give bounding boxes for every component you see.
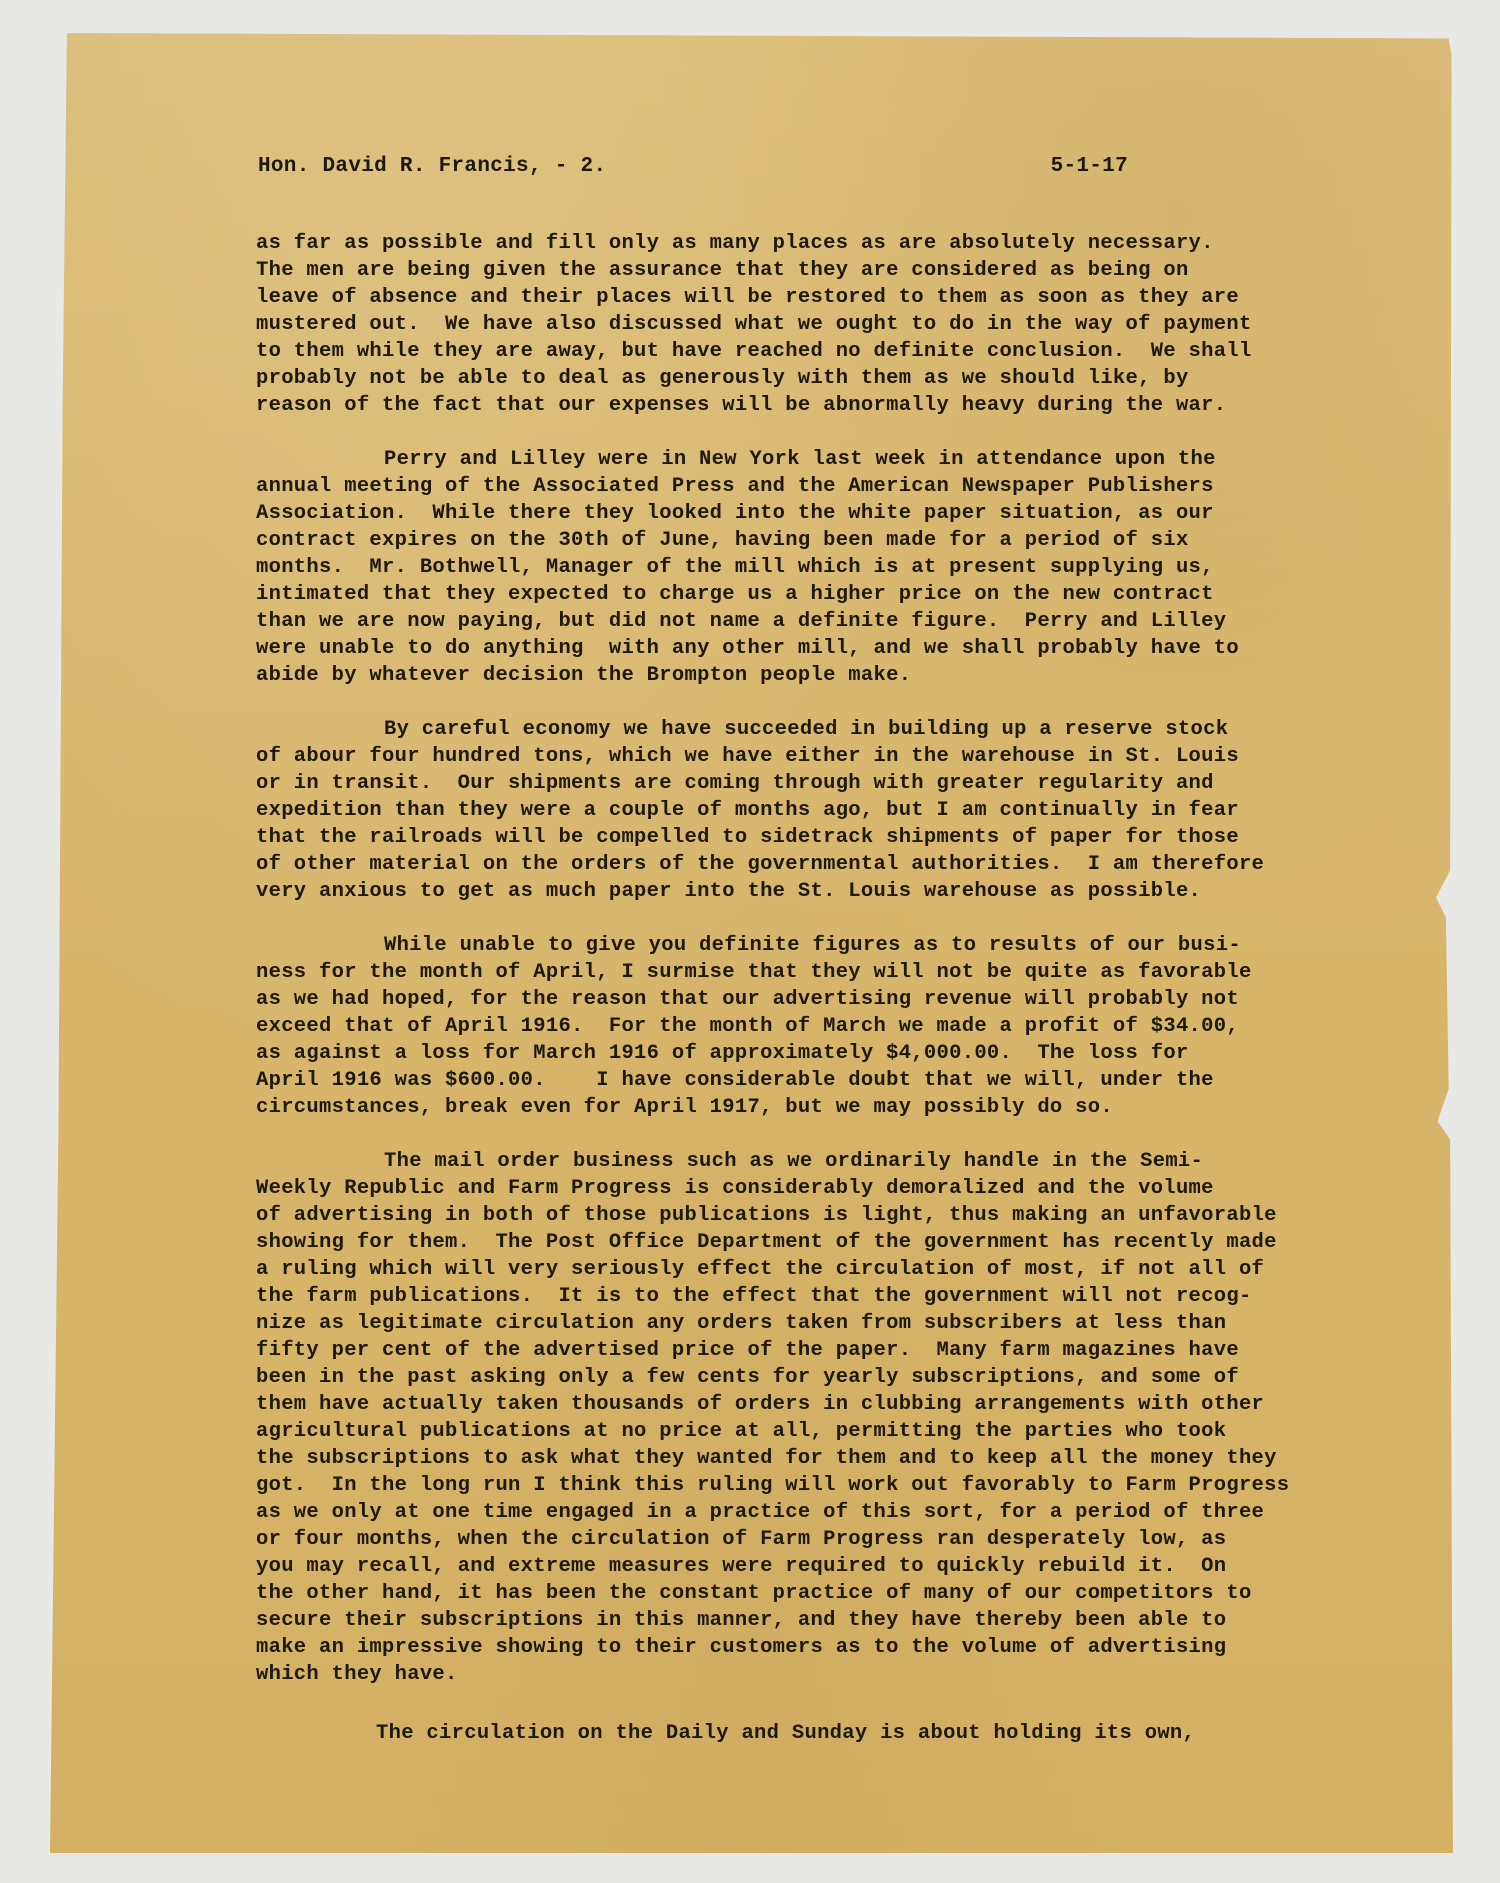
text-line: them have actually taken thousands of or… — [256, 1391, 1346, 1418]
paragraph-5: The mail order business such as we ordin… — [256, 1148, 1346, 1688]
text-line: that the railroads will be compelled to … — [256, 824, 1346, 851]
text-line: as against a loss for March 1916 of appr… — [256, 1040, 1346, 1067]
text-line: circumstances, break even for April 1917… — [256, 1094, 1346, 1121]
text-line: fifty per cent of the advertised price o… — [256, 1337, 1346, 1364]
text-line: annual meeting of the Associated Press a… — [256, 473, 1346, 500]
text-line: secure their subscriptions in this manne… — [256, 1607, 1346, 1634]
letter-body: as far as possible and fill only as many… — [256, 230, 1346, 1774]
text-line: got. In the long run I think this ruling… — [256, 1472, 1346, 1499]
paragraph-3: By careful economy we have succeeded in … — [256, 716, 1346, 905]
text-line: as we only at one time engaged in a prac… — [256, 1499, 1346, 1526]
letter-header: Hon. David R. Francis, - 2. 5-1-17 — [258, 155, 1128, 178]
text-line: The circulation on the Daily and Sunday … — [256, 1720, 1346, 1747]
text-line: While unable to give you definite figure… — [256, 932, 1346, 959]
paragraph-1: as far as possible and fill only as many… — [256, 230, 1346, 419]
letter-date: 5-1-17 — [1051, 155, 1128, 178]
text-line: contract expires on the 30th of June, ha… — [256, 527, 1346, 554]
text-line: were unable to do anything with any othe… — [256, 635, 1346, 662]
paragraph-6: The circulation on the Daily and Sunday … — [256, 1720, 1346, 1747]
text-line: intimated that they expected to charge u… — [256, 581, 1346, 608]
text-line: or four months, when the circulation of … — [256, 1526, 1346, 1553]
text-line: leave of absence and their places will b… — [256, 284, 1346, 311]
text-line: The men are being given the assurance th… — [256, 257, 1346, 284]
text-line: agricultural publications at no price at… — [256, 1418, 1346, 1445]
text-line: nize as legitimate circulation any order… — [256, 1310, 1346, 1337]
text-line: make an impressive showing to their cust… — [256, 1634, 1346, 1661]
text-line: The mail order business such as we ordin… — [256, 1148, 1346, 1175]
text-line: Perry and Lilley were in New York last w… — [256, 446, 1346, 473]
text-line: April 1916 was $600.00. I have considera… — [256, 1067, 1346, 1094]
text-line: mustered out. We have also discussed wha… — [256, 311, 1346, 338]
text-line: than we are now paying, but did not name… — [256, 608, 1346, 635]
text-line: the other hand, it has been the constant… — [256, 1580, 1346, 1607]
text-line: of abour four hundred tons, which we hav… — [256, 743, 1346, 770]
text-line: a ruling which will very seriously effec… — [256, 1256, 1346, 1283]
text-line: you may recall, and extreme measures wer… — [256, 1553, 1346, 1580]
paragraph-2: Perry and Lilley were in New York last w… — [256, 446, 1346, 689]
text-line: exceed that of April 1916. For the month… — [256, 1013, 1346, 1040]
text-line: By careful economy we have succeeded in … — [256, 716, 1346, 743]
text-line: the subscriptions to ask what they wante… — [256, 1445, 1346, 1472]
text-line: ness for the month of April, I surmise t… — [256, 959, 1346, 986]
text-line: of other material on the orders of the g… — [256, 851, 1346, 878]
text-line: the farm publications. It is to the effe… — [256, 1283, 1346, 1310]
text-line: or in transit. Our shipments are coming … — [256, 770, 1346, 797]
addressee: Hon. David R. Francis, - 2. — [258, 155, 606, 178]
text-line: been in the past asking only a few cents… — [256, 1364, 1346, 1391]
text-line: reason of the fact that our expenses wil… — [256, 392, 1346, 419]
text-line: of advertising in both of those publicat… — [256, 1202, 1346, 1229]
text-line: very anxious to get as much paper into t… — [256, 878, 1346, 905]
text-line: which they have. — [256, 1661, 1346, 1688]
text-line: to them while they are away, but have re… — [256, 338, 1346, 365]
text-line: as far as possible and fill only as many… — [256, 230, 1346, 257]
text-line: expedition than they were a couple of mo… — [256, 797, 1346, 824]
text-line: as we had hoped, for the reason that our… — [256, 986, 1346, 1013]
text-line: probably not be able to deal as generous… — [256, 365, 1346, 392]
text-line: months. Mr. Bothwell, Manager of the mil… — [256, 554, 1346, 581]
text-line: Association. While there they looked int… — [256, 500, 1346, 527]
text-line: showing for them. The Post Office Depart… — [256, 1229, 1346, 1256]
paragraph-4: While unable to give you definite figure… — [256, 932, 1346, 1121]
text-line: abide by whatever decision the Brompton … — [256, 662, 1346, 689]
text-line: Weekly Republic and Farm Progress is con… — [256, 1175, 1346, 1202]
